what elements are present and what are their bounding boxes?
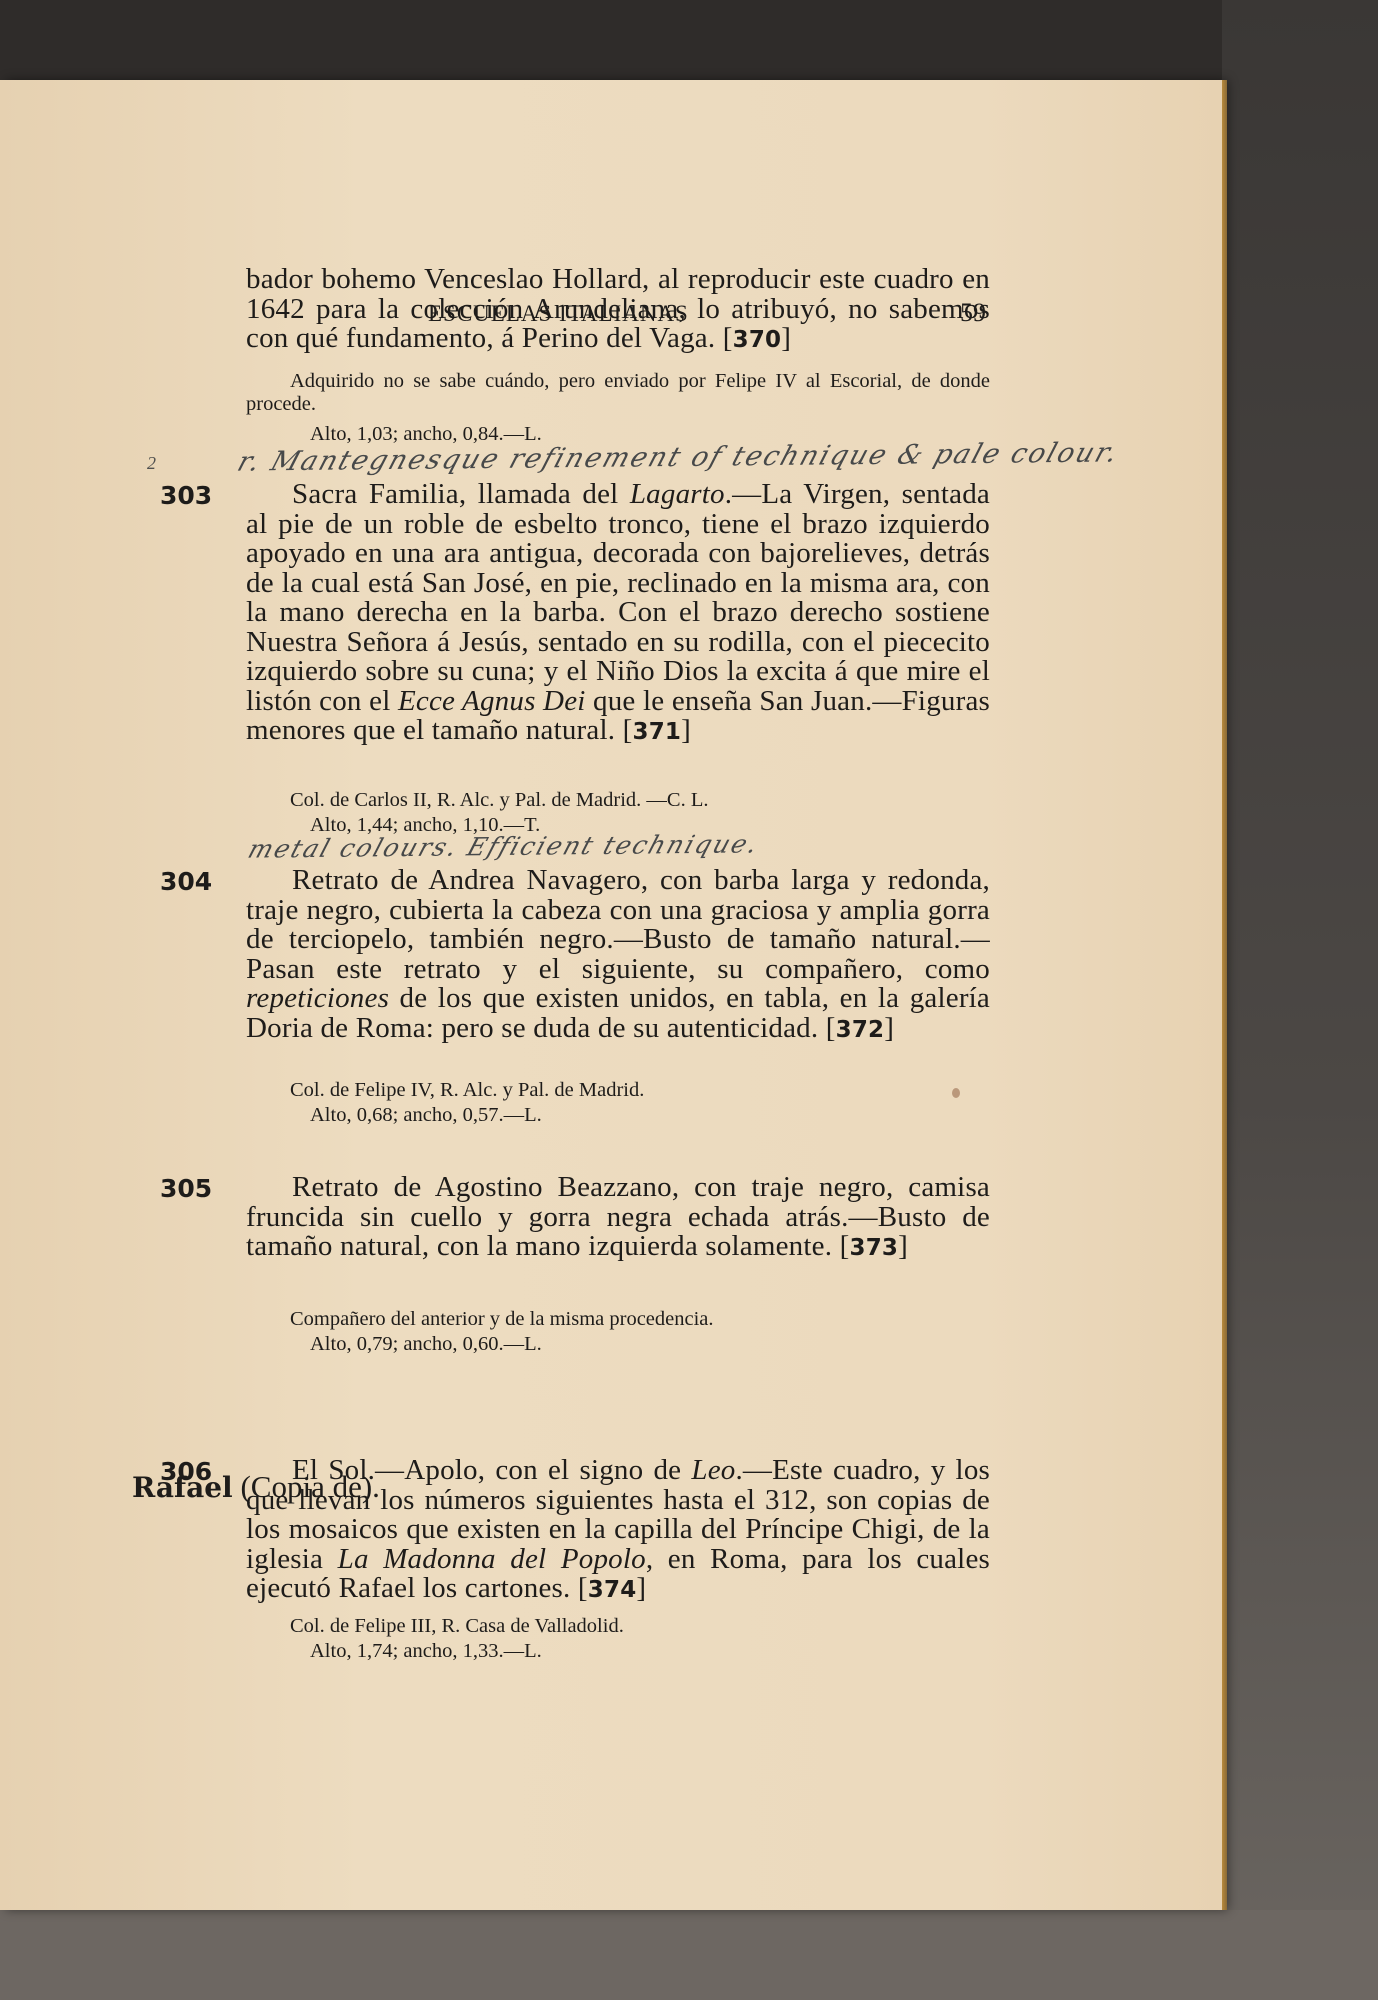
ref-number: 373 [849, 1235, 898, 1261]
entry-306-text: El Sol.—Apolo, con el signo de Leo.—Este… [246, 1456, 990, 1606]
book-page: ESCUELAS ITALIANAS 59 bador bohemo Vence… [0, 80, 1222, 1910]
entry-306-dimensions: Alto, 1,74; ancho, 1,33.—L. [310, 1640, 542, 1663]
continuation-dimensions: Alto, 1,03; ancho, 0,84.—L. [310, 423, 542, 446]
italic-church-name: La Madonna del Popolo [338, 1543, 646, 1575]
page-edge [1222, 80, 1227, 1910]
continuation-provenance: Adquirido no se sabe cuándo, pero enviad… [246, 370, 990, 416]
ref-number: 372 [836, 1017, 885, 1043]
paper-stain [952, 1088, 960, 1098]
entry-304-dimensions: Alto, 0,68; ancho, 0,57.—L. [310, 1104, 542, 1127]
entry-305-dimensions: Alto, 0,79; ancho, 0,60.—L. [310, 1333, 542, 1356]
ref-number: 371 [632, 719, 681, 745]
entry-305-provenance: Compañero del anterior y de la misma pro… [290, 1308, 714, 1331]
ref-number: 374 [588, 1577, 637, 1603]
italic-word: Leo [691, 1454, 735, 1486]
entry-305-text: Retrato de Agostino Beazzano, con traje … [246, 1173, 990, 1264]
scan-background-bottom [0, 1910, 1378, 2000]
italic-title: Lagarto [630, 478, 725, 510]
entry-304-text: Retrato de Andrea Navagero, con barba la… [246, 866, 990, 1045]
entry-306-provenance: Col. de Felipe III, R. Casa de Valladoli… [290, 1615, 624, 1638]
handwritten-note: metal colours. Efficient technique. [245, 829, 764, 863]
entry-303-text: Sacra Familia, llamada del Lagarto.—La V… [246, 480, 990, 748]
entry-number: 304 [160, 867, 212, 896]
italic-word: repeticiones [246, 982, 389, 1014]
scan-background-top [0, 0, 1378, 80]
scan-background-right [1222, 0, 1378, 2000]
entry-303-provenance: Col. de Carlos II, R. Alc. y Pal. de Mad… [290, 789, 709, 812]
entry-number: 303 [160, 481, 212, 510]
entry-number: 306 [160, 1457, 212, 1486]
continuation-paragraph: bador bohemo Venceslao Hollard, al repro… [246, 265, 990, 356]
ref-number: 370 [733, 327, 782, 353]
italic-phrase: Ecce Agnus Dei [398, 685, 586, 717]
entry-304-provenance: Col. de Felipe IV, R. Alc. y Pal. de Mad… [290, 1079, 644, 1102]
margin-mark: 2 [147, 453, 156, 474]
entry-number: 305 [160, 1174, 212, 1203]
continuation-text: bador bohemo Venceslao Hollard, al repro… [246, 263, 990, 354]
